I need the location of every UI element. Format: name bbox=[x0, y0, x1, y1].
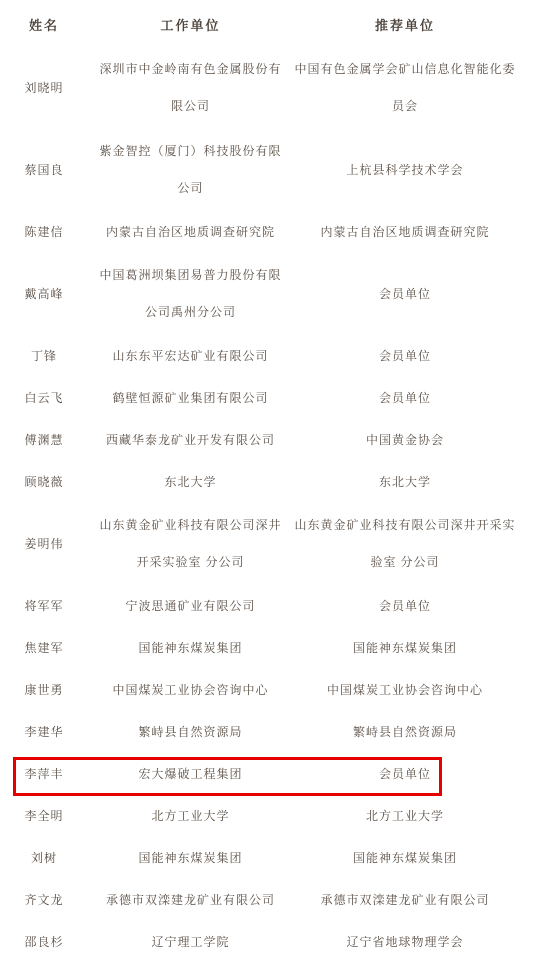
work-unit-cell: 西藏华泰龙矿业开发有限公司 bbox=[88, 422, 293, 459]
table-row: 刘树国能神东煤炭集团国能神东煤炭集团 bbox=[0, 837, 533, 879]
work-unit-cell: 国能神东煤炭集团 bbox=[88, 840, 293, 877]
work-unit-cell: 山东东平宏达矿业有限公司 bbox=[88, 338, 293, 375]
table-row: 邵良杉辽宁理工学院辽宁省地球物理学会 bbox=[0, 921, 533, 963]
work-unit-cell: 辽宁理工学院 bbox=[88, 924, 293, 961]
header-work-unit: 工作单位 bbox=[88, 7, 293, 44]
table-row: 姜明伟山东黄金矿业科技有限公司深井 开采实验室 分公司山东黄金矿业科技有限公司深… bbox=[0, 503, 533, 585]
table-row: 将军军宁波思通矿业有限公司会员单位 bbox=[0, 585, 533, 627]
work-unit-cell: 承德市双滦建龙矿业有限公司 bbox=[88, 882, 293, 919]
work-unit-cell: 中国煤炭工业协会咨询中心 bbox=[88, 672, 293, 709]
work-unit-cell: 国能神东煤炭集团 bbox=[88, 630, 293, 667]
recommend-unit-cell: 北方工业大学 bbox=[293, 798, 533, 835]
header-name: 姓名 bbox=[0, 7, 88, 44]
recommend-unit-cell: 繁峙县自然资源局 bbox=[293, 714, 533, 751]
recommend-unit-cell: 承德市双滦建龙矿业有限公司 bbox=[293, 882, 533, 919]
name-cell: 李萍丰 bbox=[0, 756, 88, 793]
name-cell: 康世勇 bbox=[0, 672, 88, 709]
name-cell: 傅渊慧 bbox=[0, 422, 88, 459]
recommend-unit-cell: 会员单位 bbox=[293, 588, 533, 625]
work-unit-cell: 紫金智控（厦门）科技股份有限 公司 bbox=[88, 133, 293, 207]
name-cell: 李全明 bbox=[0, 798, 88, 835]
table-row: 李建华繁峙县自然资源局繁峙县自然资源局 bbox=[0, 711, 533, 753]
name-cell: 焦建军 bbox=[0, 630, 88, 667]
recommend-unit-cell: 山东黄金矿业科技有限公司深井开采实 验室 分公司 bbox=[293, 507, 533, 581]
work-unit-cell: 东北大学 bbox=[88, 464, 293, 501]
work-unit-cell: 宏大爆破工程集团 bbox=[88, 756, 293, 793]
recommend-unit-cell: 会员单位 bbox=[293, 756, 533, 793]
name-cell: 蔡国良 bbox=[0, 152, 88, 189]
recommend-unit-cell: 辽宁省地球物理学会 bbox=[293, 924, 533, 961]
name-cell: 李建华 bbox=[0, 714, 88, 751]
recommend-unit-cell: 中国黄金协会 bbox=[293, 422, 533, 459]
recommend-unit-cell: 上杭县科学技术学会 bbox=[293, 152, 533, 189]
name-cell: 姜明伟 bbox=[0, 526, 88, 563]
header-recommend-unit: 推荐单位 bbox=[293, 7, 533, 44]
work-unit-cell: 繁峙县自然资源局 bbox=[88, 714, 293, 751]
recommend-unit-cell: 会员单位 bbox=[293, 276, 533, 313]
table-header-row: 姓名 工作单位 推荐单位 bbox=[0, 3, 533, 47]
work-unit-cell: 中国葛洲坝集团易普力股份有限 公司禹州分公司 bbox=[88, 257, 293, 331]
recommend-unit-cell: 东北大学 bbox=[293, 464, 533, 501]
table-row: 李萍丰宏大爆破工程集团会员单位 bbox=[0, 753, 533, 795]
work-unit-cell: 内蒙古自治区地质调查研究院 bbox=[88, 214, 293, 251]
table-row: 李全明北方工业大学北方工业大学 bbox=[0, 795, 533, 837]
recommend-unit-cell: 会员单位 bbox=[293, 380, 533, 417]
work-unit-cell: 宁波思通矿业有限公司 bbox=[88, 588, 293, 625]
name-cell: 刘晓明 bbox=[0, 70, 88, 107]
name-cell: 齐文龙 bbox=[0, 882, 88, 919]
table-row: 陈建信内蒙古自治区地质调查研究院内蒙古自治区地质调查研究院 bbox=[0, 211, 533, 253]
table-row: 刘晓明深圳市中金岭南有色金属股份有 限公司中国有色金属学会矿山信息化智能化委 员… bbox=[0, 47, 533, 129]
table-row: 焦建军国能神东煤炭集团国能神东煤炭集团 bbox=[0, 627, 533, 669]
name-cell: 陈建信 bbox=[0, 214, 88, 251]
work-unit-cell: 深圳市中金岭南有色金属股份有 限公司 bbox=[88, 51, 293, 125]
table-body: 刘晓明深圳市中金岭南有色金属股份有 限公司中国有色金属学会矿山信息化智能化委 员… bbox=[0, 47, 533, 963]
table-row: 戴高峰中国葛洲坝集团易普力股份有限 公司禹州分公司会员单位 bbox=[0, 253, 533, 335]
work-unit-cell: 山东黄金矿业科技有限公司深井 开采实验室 分公司 bbox=[88, 507, 293, 581]
name-cell: 邵良杉 bbox=[0, 924, 88, 961]
table-row: 康世勇中国煤炭工业协会咨询中心中国煤炭工业协会咨询中心 bbox=[0, 669, 533, 711]
recommend-unit-cell: 国能神东煤炭集团 bbox=[293, 840, 533, 877]
work-unit-cell: 北方工业大学 bbox=[88, 798, 293, 835]
recommend-unit-cell: 中国煤炭工业协会咨询中心 bbox=[293, 672, 533, 709]
table-row: 白云飞鹤壁恒源矿业集团有限公司会员单位 bbox=[0, 377, 533, 419]
table-row: 蔡国良紫金智控（厦门）科技股份有限 公司上杭县科学技术学会 bbox=[0, 129, 533, 211]
recommend-unit-cell: 国能神东煤炭集团 bbox=[293, 630, 533, 667]
name-cell: 刘树 bbox=[0, 840, 88, 877]
name-cell: 白云飞 bbox=[0, 380, 88, 417]
name-cell: 戴高峰 bbox=[0, 276, 88, 313]
member-recommendation-table-page: 姓名 工作单位 推荐单位 刘晓明深圳市中金岭南有色金属股份有 限公司中国有色金属… bbox=[0, 0, 533, 963]
recommend-unit-cell: 会员单位 bbox=[293, 338, 533, 375]
table-row: 丁锋山东东平宏达矿业有限公司会员单位 bbox=[0, 335, 533, 377]
name-cell: 丁锋 bbox=[0, 338, 88, 375]
table-row: 齐文龙承德市双滦建龙矿业有限公司承德市双滦建龙矿业有限公司 bbox=[0, 879, 533, 921]
recommend-unit-cell: 内蒙古自治区地质调查研究院 bbox=[293, 214, 533, 251]
table-row: 傅渊慧西藏华泰龙矿业开发有限公司中国黄金协会 bbox=[0, 419, 533, 461]
work-unit-cell: 鹤壁恒源矿业集团有限公司 bbox=[88, 380, 293, 417]
recommend-unit-cell: 中国有色金属学会矿山信息化智能化委 员会 bbox=[293, 51, 533, 125]
name-cell: 顾晓薇 bbox=[0, 464, 88, 501]
table-row: 顾晓薇东北大学东北大学 bbox=[0, 461, 533, 503]
name-cell: 将军军 bbox=[0, 588, 88, 625]
